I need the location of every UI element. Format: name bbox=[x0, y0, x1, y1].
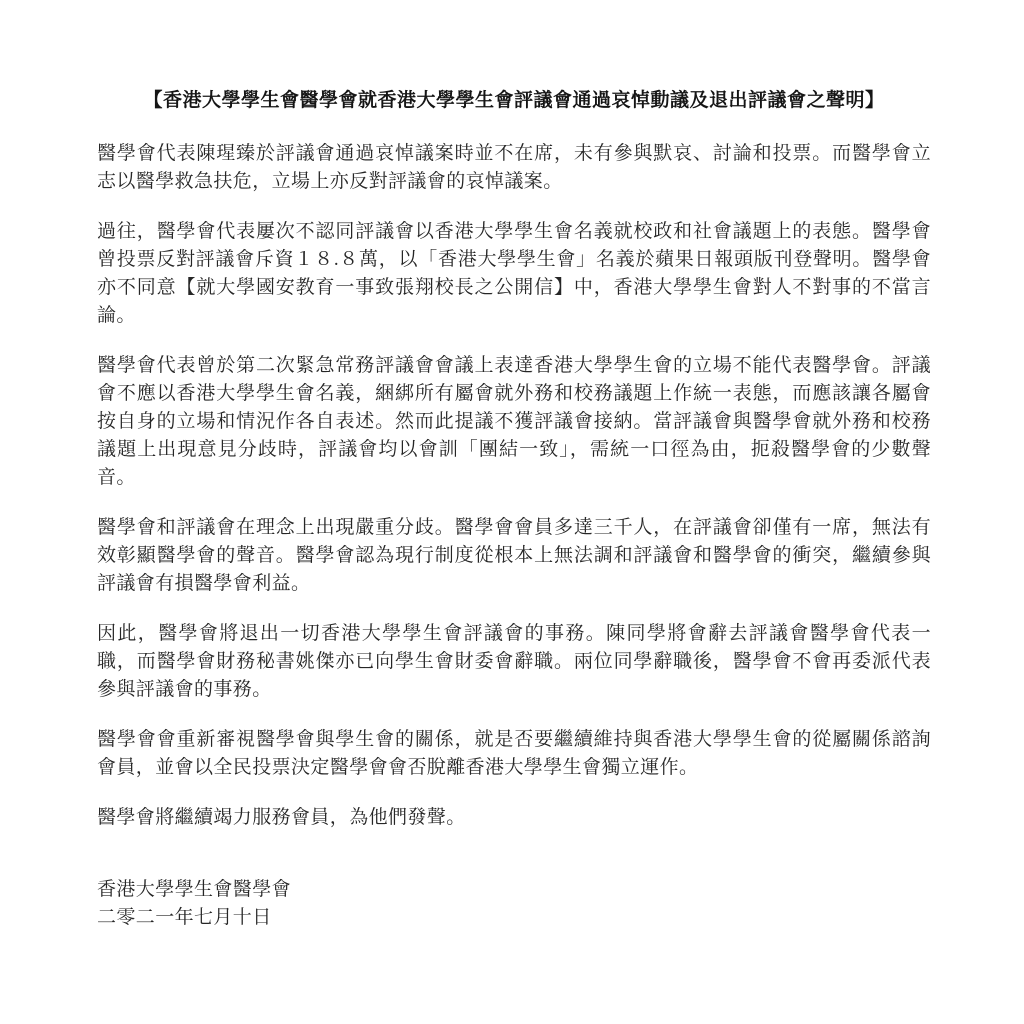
signature-organization: 香港大學學生會醫學會 bbox=[97, 876, 931, 904]
signature-date: 二零二一年七月十日 bbox=[97, 904, 931, 932]
statement-title: 【香港大學學生會醫學會就香港大學學生會評議會通過哀悼動議及退出評議會之聲明】 bbox=[97, 86, 931, 116]
document-page: 【香港大學學生會醫學會就香港大學學生會評議會通過哀悼動議及退出評議會之聲明】 醫… bbox=[0, 0, 1024, 1024]
statement-paragraph-2: 過往，醫學會代表屢次不認同評議會以香港大學學生會名義就校政和社會議題上的表態。醫… bbox=[97, 218, 931, 330]
statement-paragraph-1: 醫學會代表陳瑆臻於評議會通過哀悼議案時並不在席，未有參與默哀、討論和投票。而醫學… bbox=[97, 140, 931, 196]
statement-paragraph-5: 因此，醫學會將退出一切香港大學學生會評議會的事務。陳同學將會辭去評議會醫學會代表… bbox=[97, 620, 931, 704]
statement-paragraph-3: 醫學會代表曾於第二次緊急常務評議會會議上表達香港大學學生會的立場不能代表醫學會。… bbox=[97, 352, 931, 492]
statement-paragraph-7: 醫學會將繼續竭力服務會員，為他們發聲。 bbox=[97, 804, 931, 832]
statement-paragraph-6: 醫學會會重新審視醫學會與學生會的關係，就是否要繼續維持與香港大學學生會的從屬關係… bbox=[97, 726, 931, 782]
statement-paragraph-4: 醫學會和評議會在理念上出現嚴重分歧。醫學會會員多達三千人，在評議會卻僅有一席，無… bbox=[97, 514, 931, 598]
signature-block: 香港大學學生會醫學會 二零二一年七月十日 bbox=[97, 876, 931, 932]
